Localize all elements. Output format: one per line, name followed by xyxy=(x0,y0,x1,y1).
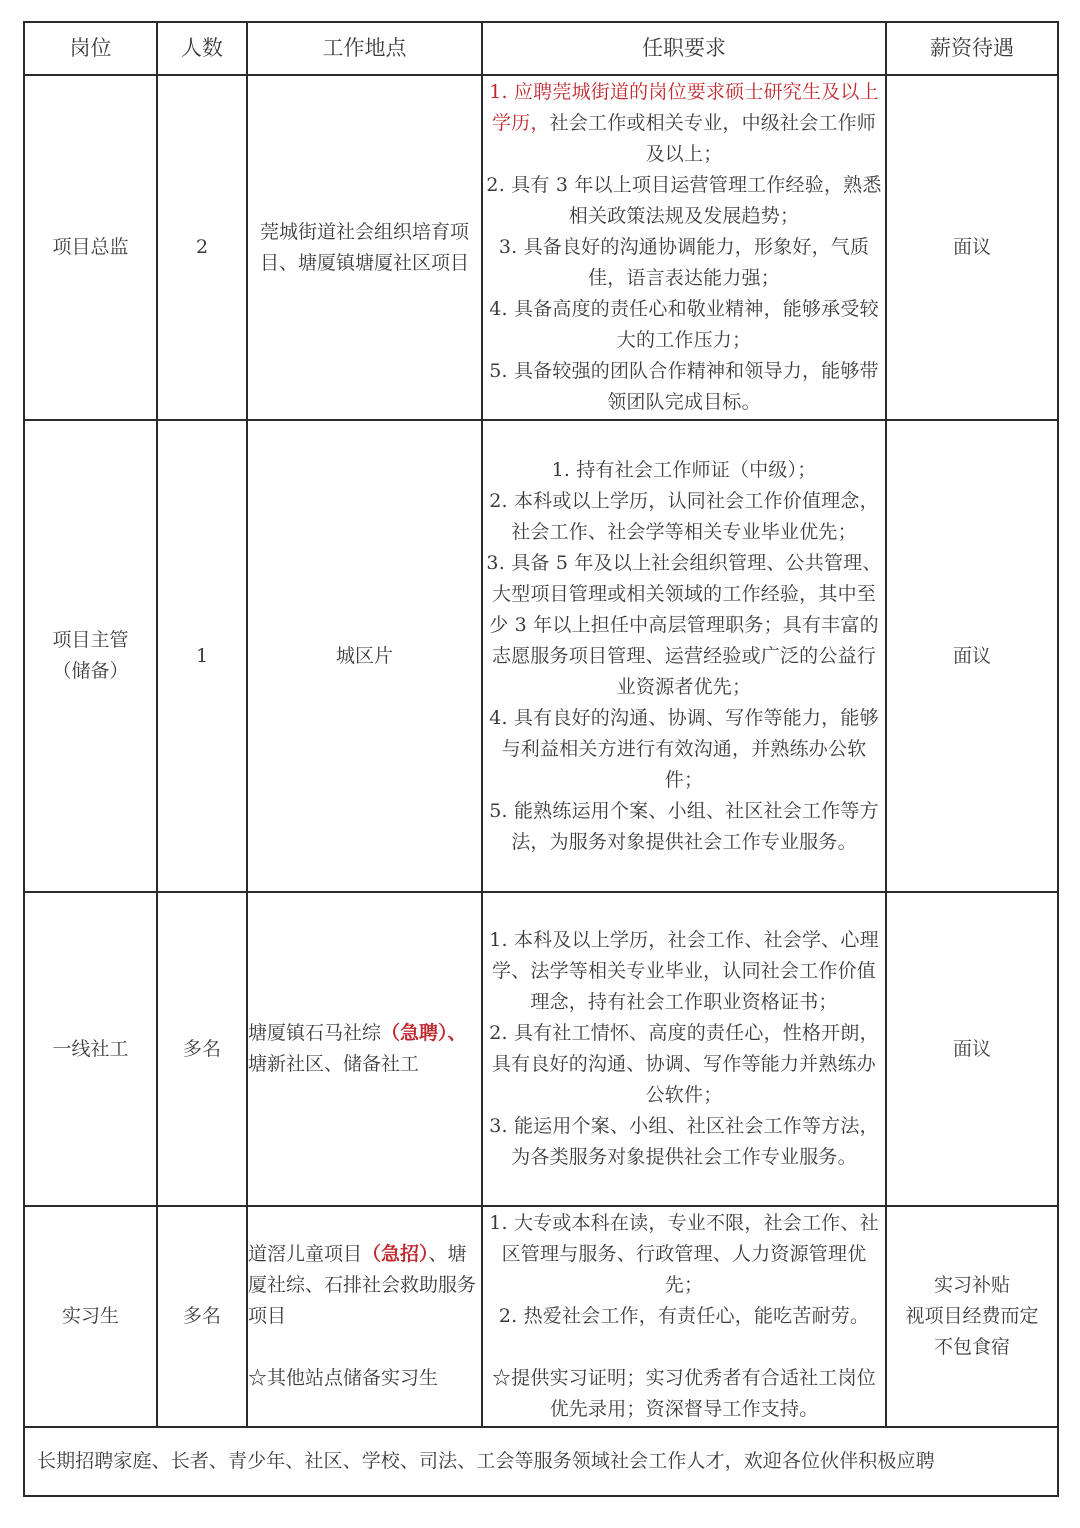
requirement-item: 1. 大专或本科在读，专业不限，社会工作、社区管理与服务、行政管理、人力资源管理… xyxy=(483,1208,885,1301)
spacer xyxy=(248,1332,481,1363)
requirement-item: 2. 具有社工情怀、高度的责任心，性格开朗，具有良好的沟通、协调、写作等能力并熟… xyxy=(483,1018,885,1111)
requirements-cell: 1. 大专或本科在读，专业不限，社会工作、社区管理与服务、行政管理、人力资源管理… xyxy=(482,1206,886,1427)
salary-cell: 实习补贴 视项目经费而定 不包食宿 xyxy=(886,1206,1058,1427)
header-count: 人数 xyxy=(157,22,247,75)
requirement-item: 2. 本科或以上学历，认同社会工作价值理念，社会工作、社会学等相关专业毕业优先； xyxy=(483,486,885,548)
salary-cell: 面议 xyxy=(886,420,1058,892)
location-text: 道滘儿童项目（急招）、塘厦社综、石排社会救助服务项目 xyxy=(248,1239,481,1332)
location-cell: 塘厦镇石马社综（急聘）、塘新社区、储备社工 xyxy=(247,892,482,1206)
footer-note: 长期招聘家庭、长者、青少年、社区、学校、司法、工会等服务领域社会工作人才，欢迎各… xyxy=(24,1427,1058,1496)
requirement-item: 5. 能熟练运用个案、小组、社区社会工作等方法，为服务对象提供社会工作专业服务。 xyxy=(483,796,885,858)
table-row: 一线社工 多名 塘厦镇石马社综（急聘）、塘新社区、储备社工 1. 本科及以上学历… xyxy=(24,892,1058,1206)
requirement-note: ☆提供实习证明；实习优秀者有合适社工岗位优先录用；资深督导工作支持。 xyxy=(483,1363,885,1425)
position-cell: 项目主管 （储备） xyxy=(24,420,157,892)
requirement-item: 1. 本科及以上学历，社会工作、社会学、心理学、法学等相关专业毕业，认同社会工作… xyxy=(483,925,885,1018)
recruitment-table: 岗位 人数 工作地点 任职要求 薪资待遇 项目总监 2 莞城街道社会组织培育项目… xyxy=(23,21,1059,1497)
count-cell: 多名 xyxy=(157,1206,247,1427)
count-cell: 多名 xyxy=(157,892,247,1206)
header-requirements: 任职要求 xyxy=(482,22,886,75)
requirement-item: 2. 具有 3 年以上项目运营管理工作经验，熟悉相关政策法规及发展趋势； xyxy=(483,170,885,232)
requirement-item: 2. 热爱社会工作，有责任心，能吃苦耐劳。 xyxy=(483,1301,885,1332)
table-header-row: 岗位 人数 工作地点 任职要求 薪资待遇 xyxy=(24,22,1058,75)
position-cell: 实习生 xyxy=(24,1206,157,1427)
count-cell: 1 xyxy=(157,420,247,892)
footer-row: 长期招聘家庭、长者、青少年、社区、学校、司法、工会等服务领域社会工作人才，欢迎各… xyxy=(24,1427,1058,1496)
requirement-item: 3. 具备 5 年及以上社会组织管理、公共管理、大型项目管理或相关领域的工作经验… xyxy=(483,548,885,703)
salary-cell: 面议 xyxy=(886,892,1058,1206)
location-note: ☆其他站点储备实习生 xyxy=(248,1363,481,1394)
requirements-cell: 1. 持有社会工作师证（中级）； 2. 本科或以上学历，认同社会工作价值理念，社… xyxy=(482,420,886,892)
urgent-badge: （急招） xyxy=(362,1243,429,1265)
requirement-item: 4. 具有良好的沟通、协调、写作等能力，能够与利益相关方进行有效沟通，并熟练办公… xyxy=(483,703,885,796)
location-cell: 莞城街道社会组织培育项目、塘厦镇塘厦社区项目 xyxy=(247,75,482,420)
header-position: 岗位 xyxy=(24,22,157,75)
header-location: 工作地点 xyxy=(247,22,482,75)
table-row: 实习生 多名 道滘儿童项目（急招）、塘厦社综、石排社会救助服务项目 ☆其他站点储… xyxy=(24,1206,1058,1427)
header-salary: 薪资待遇 xyxy=(886,22,1058,75)
table-row: 项目主管 （储备） 1 城区片 1. 持有社会工作师证（中级）； 2. 本科或以… xyxy=(24,420,1058,892)
count-cell: 2 xyxy=(157,75,247,420)
position-cell: 项目总监 xyxy=(24,75,157,420)
location-text: 莞城街道社会组织培育项目、塘厦镇塘厦社区项目 xyxy=(248,217,481,279)
requirements-cell: 1. 本科及以上学历，社会工作、社会学、心理学、法学等相关专业毕业，认同社会工作… xyxy=(482,892,886,1206)
requirements-cell: 1. 应聘莞城街道的岗位要求硕士研究生及以上学历，社会工作或相关专业，中级社会工… xyxy=(482,75,886,420)
location-text: 塘厦镇石马社综（急聘）、塘新社区、储备社工 xyxy=(248,1018,481,1080)
requirement-item: 1. 应聘莞城街道的岗位要求硕士研究生及以上学历，社会工作或相关专业，中级社会工… xyxy=(483,77,885,170)
location-cell: 城区片 xyxy=(247,420,482,892)
requirement-item: 3. 具备良好的沟通协调能力，形象好，气质佳，语言表达能力强； xyxy=(483,232,885,294)
requirement-item: 1. 持有社会工作师证（中级）； xyxy=(483,455,885,486)
location-cell: 道滘儿童项目（急招）、塘厦社综、石排社会救助服务项目 ☆其他站点储备实习生 xyxy=(247,1206,482,1427)
salary-cell: 面议 xyxy=(886,75,1058,420)
table-row: 项目总监 2 莞城街道社会组织培育项目、塘厦镇塘厦社区项目 1. 应聘莞城街道的… xyxy=(24,75,1058,420)
urgent-badge: （急聘）、 xyxy=(381,1022,467,1044)
spacer xyxy=(483,1332,885,1363)
requirement-item: 4. 具备高度的责任心和敬业精神，能够承受较大的工作压力； xyxy=(483,294,885,356)
position-cell: 一线社工 xyxy=(24,892,157,1206)
requirement-item: 3. 能运用个案、小组、社区社会工作等方法，为各类服务对象提供社会工作专业服务。 xyxy=(483,1111,885,1173)
requirement-item: 5. 具备较强的团队合作精神和领导力，能够带领团队完成目标。 xyxy=(483,356,885,418)
